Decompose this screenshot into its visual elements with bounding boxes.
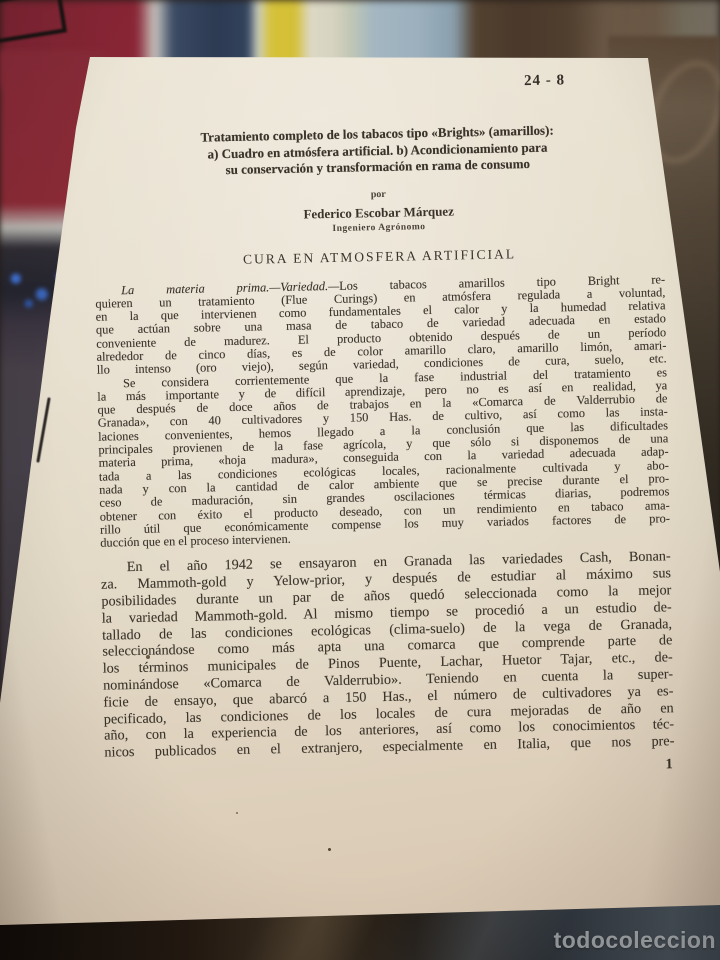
document-page: 24 - 8 Tratamiento completo de los tabac… [0,0,720,960]
paper-speck [328,848,331,851]
paragraph: Se considera corrientemente que la fase … [97,366,670,550]
printed-text-block: 24 - 8 Tratamiento completo de los tabac… [91,70,675,784]
paragraph: En el año 1942 se ensayaron en Granada l… [101,549,675,762]
section-heading: CURA EN ATMOSFERA ARTIFICIAL [94,243,664,270]
paragraph: La materia prima.—Variedad.—Los tabacos … [95,273,667,377]
article-body: La materia prima.—Variedad.—Los tabacos … [95,273,674,762]
article-title: Tratamiento completo de los tabacos tipo… [92,120,663,181]
paper-speck [236,812,238,814]
todocoleccion-watermark: todocoleccion [554,927,716,954]
photo-of-document: 24 - 8 Tratamiento completo de los tabac… [0,0,720,960]
